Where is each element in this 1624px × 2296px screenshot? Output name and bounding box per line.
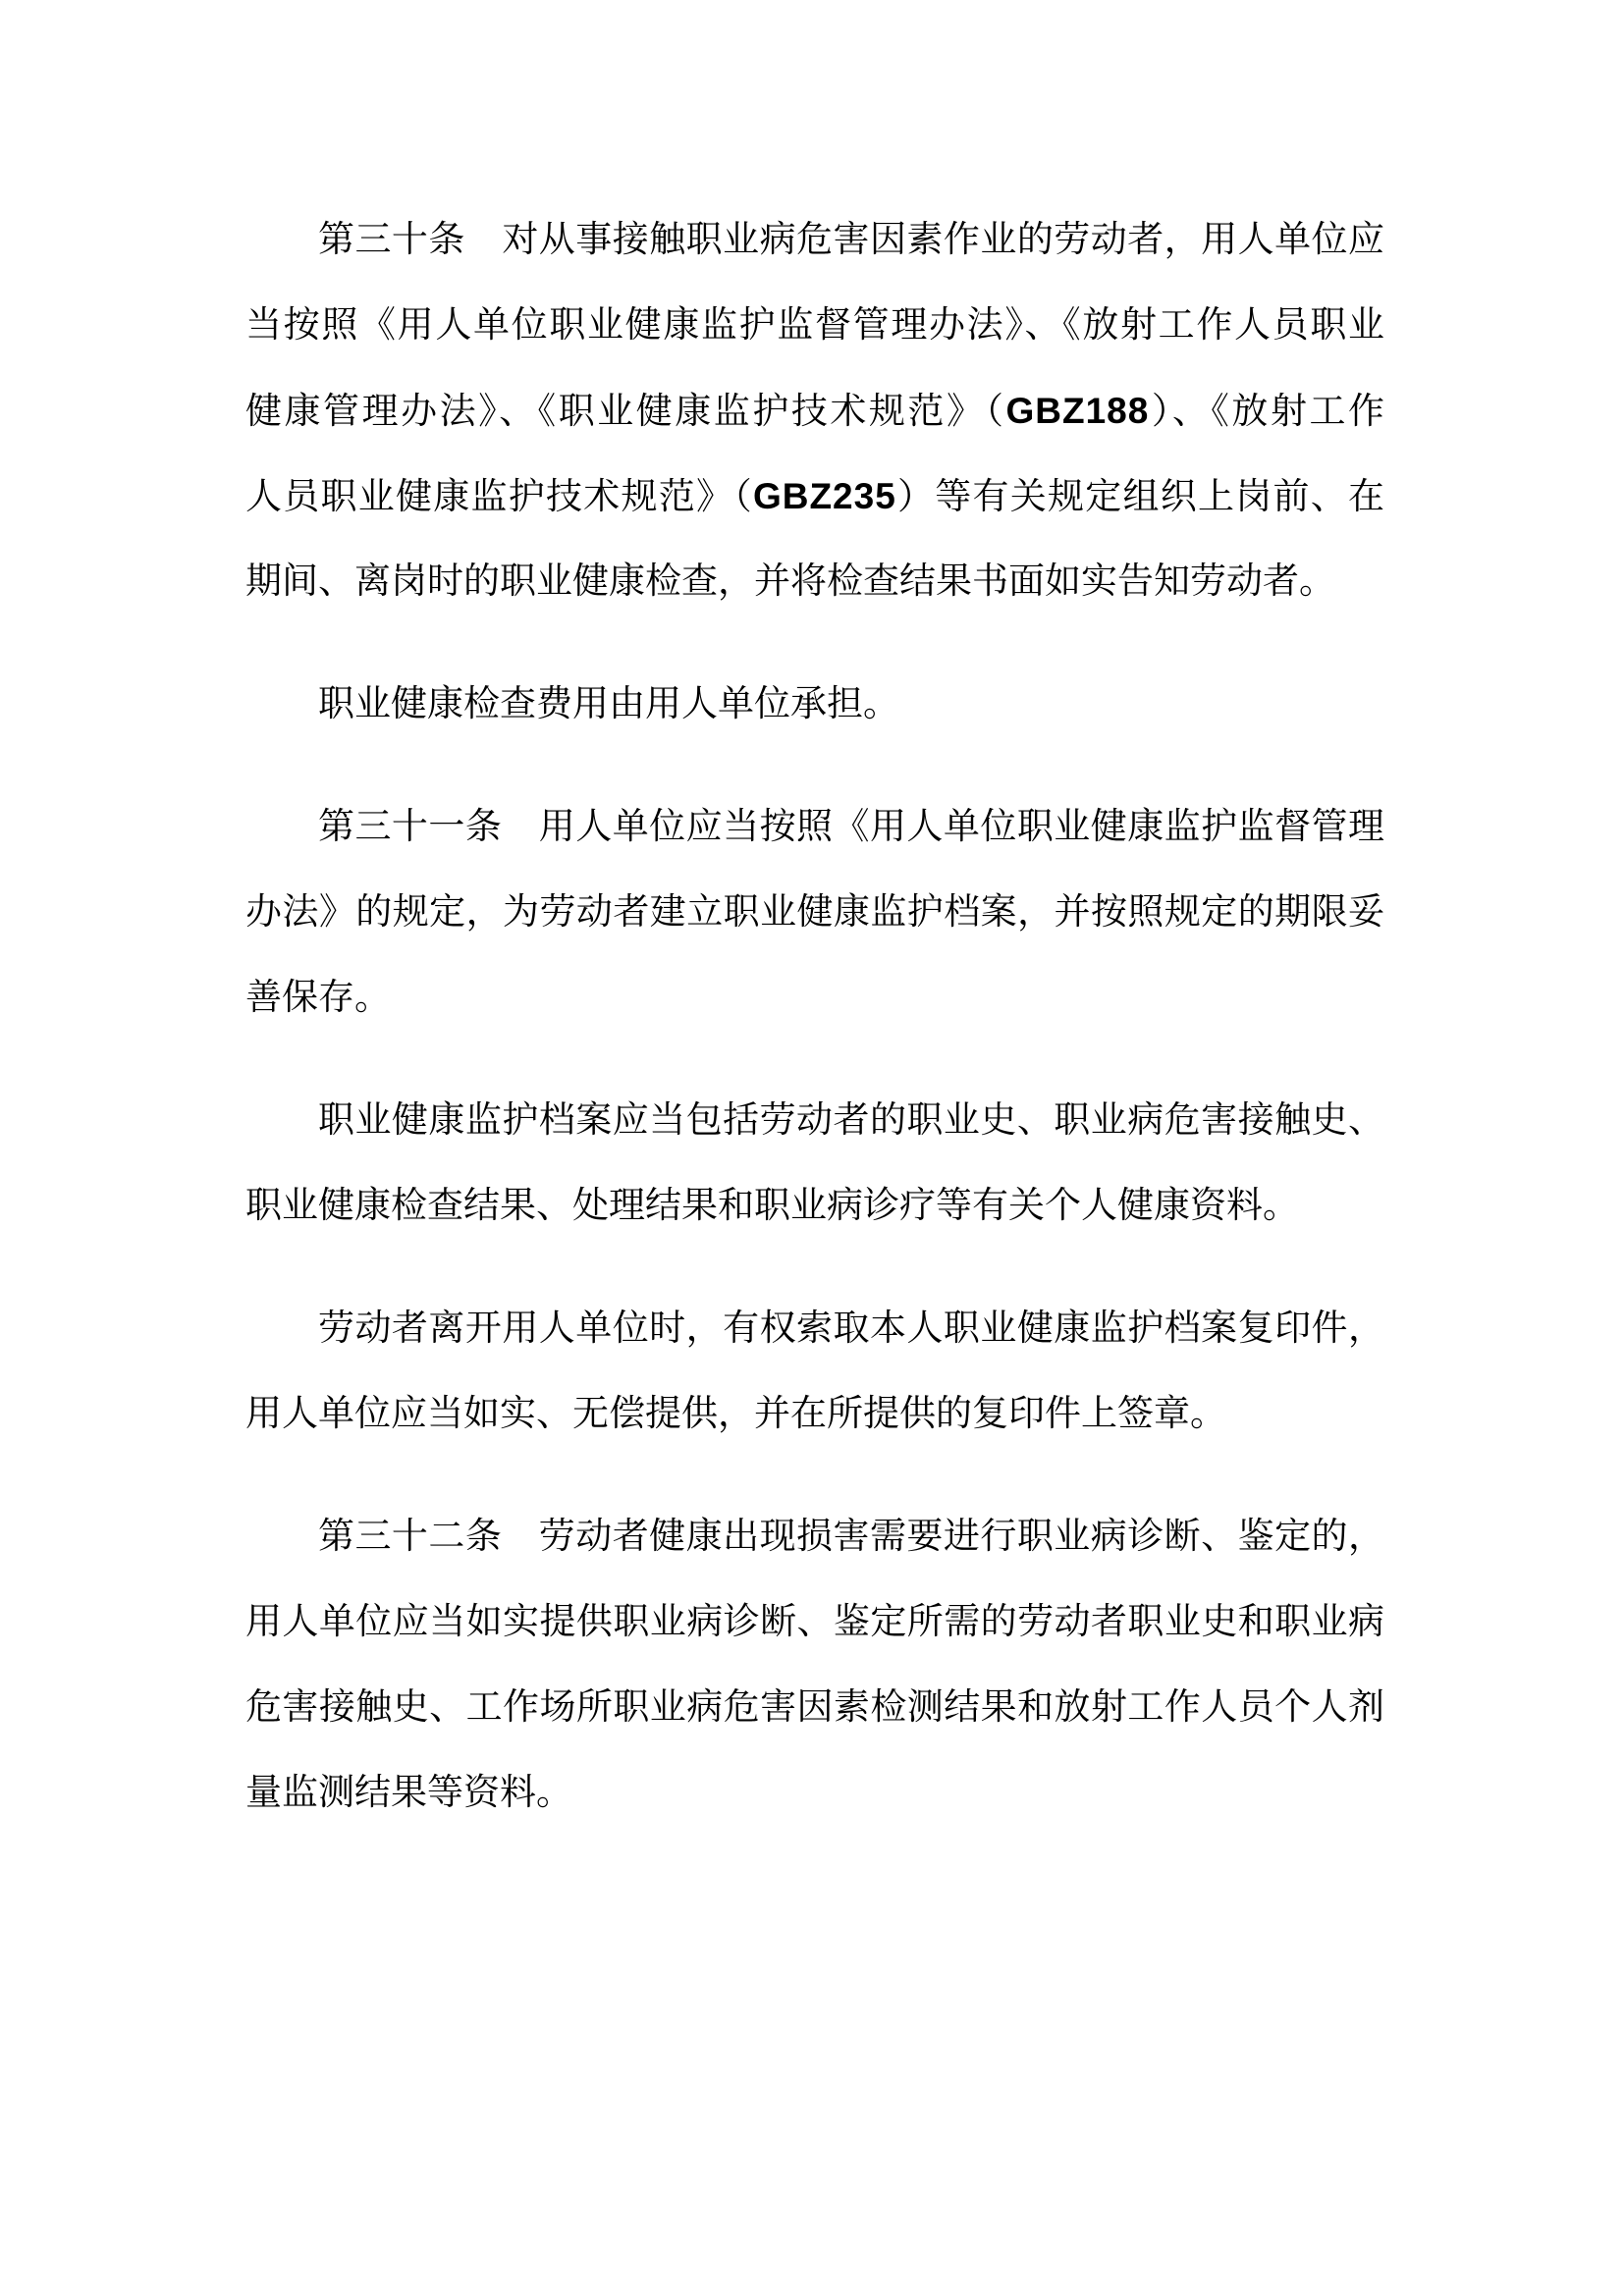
text-line: 期间、离岗时的职业健康检查，并将检查结果书面如实告知劳动者。 [245,539,1384,624]
line-text: 劳动者离开用人单位时，有权索取本人职业健康监护档案复印件， [318,1308,1384,1349]
text-line: 劳动者离开用人单位时，有权索取本人职业健康监护档案复印件， [245,1286,1384,1371]
text-line: 善保存。 [245,955,1384,1041]
text-line: 当按照《用人单位职业健康监护监督管理办法》、《放射工作人员职业 [245,283,1384,368]
line-text: 职业健康监护档案应当包括劳动者的职业史、职业病危害接触史、 [318,1100,1384,1141]
document-body: 第三十条 对从事接触职业病危害因素作业的劳动者，用人单位应 当按照《用人单位职业… [245,197,1384,1836]
text-line: 危害接触史、工作场所职业病危害因素检测结果和放射工作人员个人剂 [245,1665,1384,1750]
paragraph-article-31: 第三十一条 用人单位应当按照《用人单位职业健康监护监督管理 办法》的规定，为劳动… [245,784,1384,1041]
text-line: 健康管理办法》、《职业健康监护技术规范》（GBZ188）、《放射工作 [245,368,1384,454]
paragraph-article-30: 第三十条 对从事接触职业病危害因素作业的劳动者，用人单位应 当按照《用人单位职业… [245,197,1384,624]
standard-code-gbz188: GBZ188 [1006,391,1150,431]
line-text: 第三十条 对从事接触职业病危害因素作业的劳动者，用人单位应 [318,220,1384,260]
paragraph-worker-departure: 劳动者离开用人单位时，有权索取本人职业健康监护档案复印件， 用人单位应当如实、无… [245,1286,1384,1457]
line-text: 第三十一条 用人单位应当按照《用人单位职业健康监护监督管理 [318,807,1384,847]
text-line: 第三十一条 用人单位应当按照《用人单位职业健康监护监督管理 [245,784,1384,870]
line-text: 用人单位应当如实、无偿提供，并在所提供的复印件上签章。 [245,1394,1226,1434]
line-text: 职业健康检查结果、处理结果和职业病诊疗等有关个人健康资料。 [245,1186,1299,1226]
text-line: 用人单位应当如实提供职业病诊断、鉴定所需的劳动者职业史和职业病 [245,1579,1384,1665]
line-text: 期间、离岗时的职业健康检查，并将检查结果书面如实告知劳动者。 [245,561,1335,602]
line-text: 办法》的规定，为劳动者建立职业健康监护档案，并按照规定的期限妥 [245,892,1384,933]
line-text: 当按照《用人单位职业健康监护监督管理办法》、《放射工作人员职业 [245,305,1384,346]
line-text: 用人单位应当如实提供职业病诊断、鉴定所需的劳动者职业史和职业病 [245,1602,1384,1642]
line-text: 职业健康检查费用由用人单位承担。 [318,684,899,724]
line-text: ）、《放射工作 [1149,392,1384,432]
text-line: 职业健康检查费用由用人单位承担。 [245,662,1384,747]
text-line: 量监测结果等资料。 [245,1750,1384,1836]
line-text: 健康管理办法》、《职业健康监护技术规范》（ [245,392,1006,432]
text-line: 用人单位应当如实、无偿提供，并在所提供的复印件上签章。 [245,1371,1384,1457]
paragraph-article-32: 第三十二条 劳动者健康出现损害需要进行职业病诊断、鉴定的， 用人单位应当如实提供… [245,1494,1384,1836]
text-line: 第三十条 对从事接触职业病危害因素作业的劳动者，用人单位应 [245,197,1384,283]
paragraph-health-check-fee: 职业健康检查费用由用人单位承担。 [245,662,1384,747]
line-text: 危害接触史、工作场所职业病危害因素检测结果和放射工作人员个人剂 [245,1687,1384,1728]
standard-code-gbz235: GBZ235 [753,476,896,516]
text-line: 职业健康检查结果、处理结果和职业病诊疗等有关个人健康资料。 [245,1163,1384,1249]
document-page: 第三十条 对从事接触职业病危害因素作业的劳动者，用人单位应 当按照《用人单位职业… [0,0,1624,2296]
line-text: 第三十二条 劳动者健康出现损害需要进行职业病诊断、鉴定的， [318,1517,1384,1557]
paragraph-archive-contents: 职业健康监护档案应当包括劳动者的职业史、职业病危害接触史、 职业健康检查结果、处… [245,1078,1384,1249]
text-line: 人员职业健康监护技术规范》（GBZ235）等有关规定组织上岗前、在岗 [245,454,1384,539]
text-line: 办法》的规定，为劳动者建立职业健康监护档案，并按照规定的期限妥 [245,870,1384,955]
text-line: 职业健康监护档案应当包括劳动者的职业史、职业病危害接触史、 [245,1078,1384,1163]
line-text: 善保存。 [245,978,391,1018]
text-line: 第三十二条 劳动者健康出现损害需要进行职业病诊断、鉴定的， [245,1494,1384,1579]
line-text: 量监测结果等资料。 [245,1773,572,1813]
line-text: 人员职业健康监护技术规范》（ [245,477,753,517]
